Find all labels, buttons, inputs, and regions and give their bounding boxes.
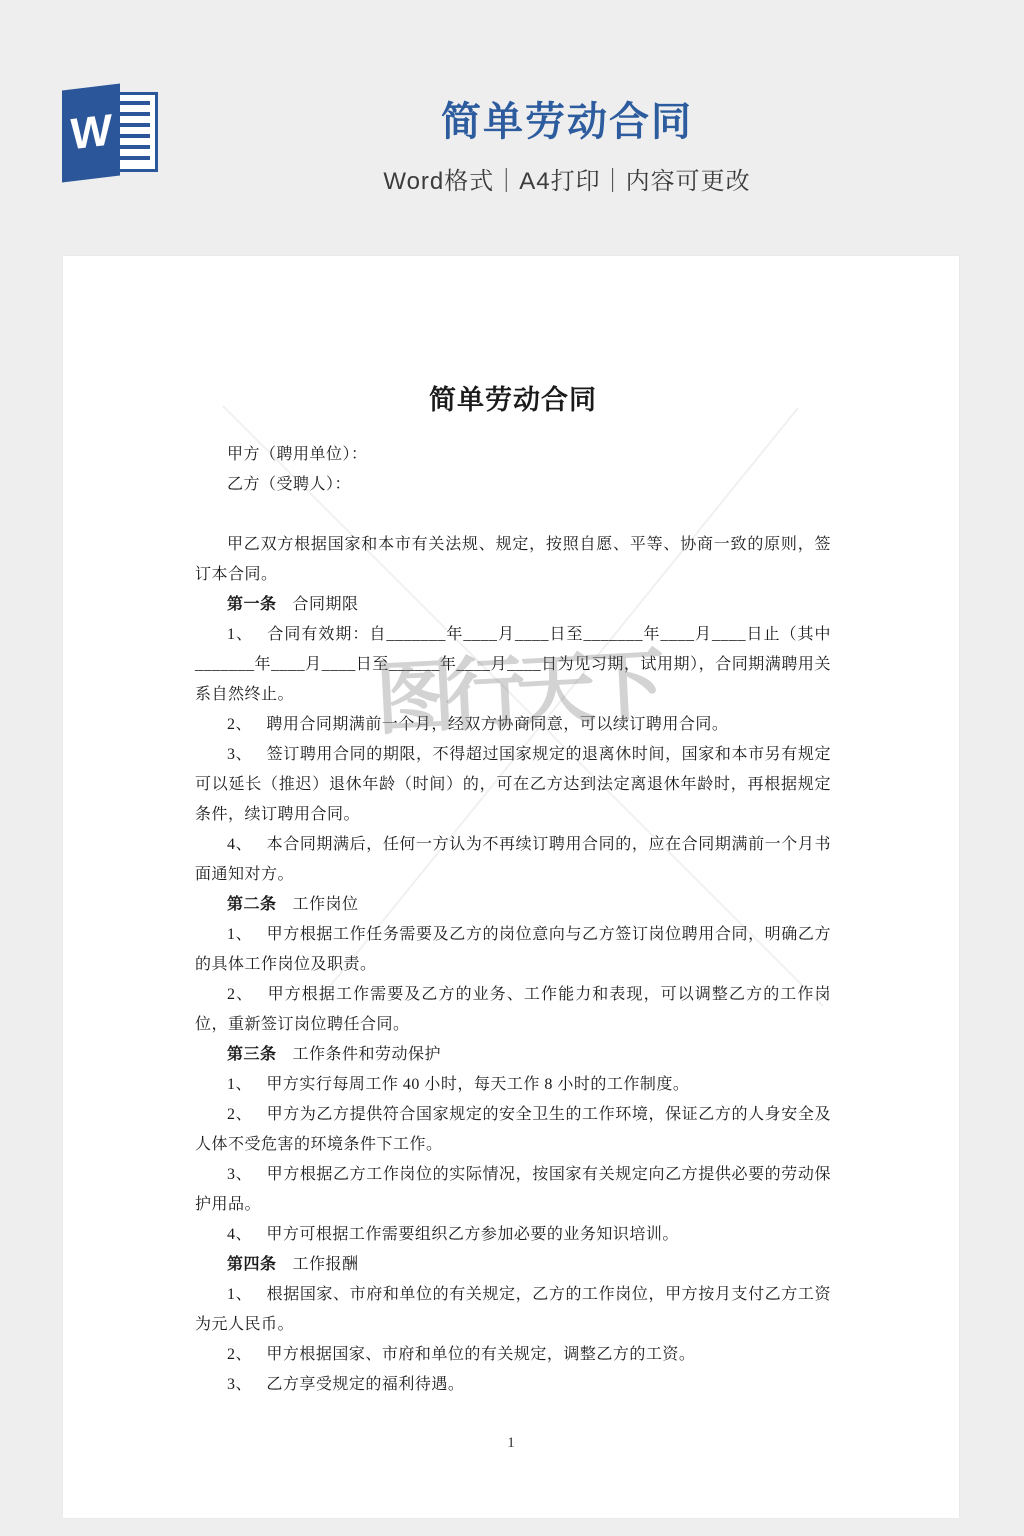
section-heading-3: 第三条工作条件和劳动保护 [195, 1040, 831, 1070]
word-icon-letter: W [70, 108, 112, 157]
clause-item: 3、签订聘用合同的期限，不得超过国家规定的退离休时间，国家和本市另有规定可以延长… [195, 740, 831, 830]
document-page: 图行天下 简单劳动合同 甲方（聘用单位）： 乙方（受聘人）： 甲乙双方根据国家和… [63, 256, 959, 1518]
section-heading-4: 第四条工作报酬 [195, 1250, 831, 1280]
preamble-paragraph: 甲乙双方根据国家和本市有关法规、规定，按照自愿、平等、协商一致的原则，签订本合同… [195, 530, 831, 590]
section-heading-1: 第一条合同期限 [195, 590, 831, 620]
clause-item: 1、合同有效期：自_______年____月____日至_______年____… [195, 620, 831, 710]
clause-item: 4、本合同期满后，任何一方认为不再续订聘用合同的，应在合同期满前一个月书面通知对… [195, 830, 831, 890]
banner-text: 简单劳动合同 Word格式｜A4打印｜内容可更改 [110, 90, 1024, 196]
clause-item: 2、甲方根据工作需要及乙方的业务、工作能力和表现，可以调整乙方的工作岗位，重新签… [195, 980, 831, 1040]
template-banner: W 简单劳动合同 Word格式｜A4打印｜内容可更改 [0, 0, 1024, 256]
party-a-line: 甲方（聘用单位）： [195, 440, 831, 470]
clause-item: 2、甲方为乙方提供符合国家规定的安全卫生的工作环境，保证乙方的人身安全及人体不受… [195, 1100, 831, 1160]
clause-item: 2、聘用合同期满前一个月，经双方协商同意，可以续订聘用合同。 [195, 710, 831, 740]
document-title: 简单劳动合同 [195, 382, 831, 418]
party-b-line: 乙方（受聘人）： [195, 470, 831, 500]
clause-item: 1、甲方根据工作任务需要及乙方的岗位意向与乙方签订岗位聘用合同，明确乙方的具体工… [195, 920, 831, 980]
clause-item: 2、甲方根据国家、市府和单位的有关规定，调整乙方的工资。 [195, 1340, 831, 1370]
clause-item: 1、甲方实行每周工作 40 小时，每天工作 8 小时的工作制度。 [195, 1070, 831, 1100]
template-title: 简单劳动合同 [110, 90, 1024, 147]
clause-item: 3、甲方根据乙方工作岗位的实际情况，按国家有关规定向乙方提供必要的劳动保护用品。 [195, 1160, 831, 1220]
clause-item: 4、甲方可根据工作需要组织乙方参加必要的业务知识培训。 [195, 1220, 831, 1250]
section-heading-2: 第二条工作岗位 [195, 890, 831, 920]
clause-item: 1、根据国家、市府和单位的有关规定，乙方的工作岗位，甲方按月支付乙方工资为元人民… [195, 1280, 831, 1340]
clause-item: 3、乙方享受规定的福利待遇。 [195, 1370, 831, 1400]
template-subtitle: Word格式｜A4打印｜内容可更改 [110, 161, 1024, 196]
page-number: 1 [63, 1435, 959, 1452]
